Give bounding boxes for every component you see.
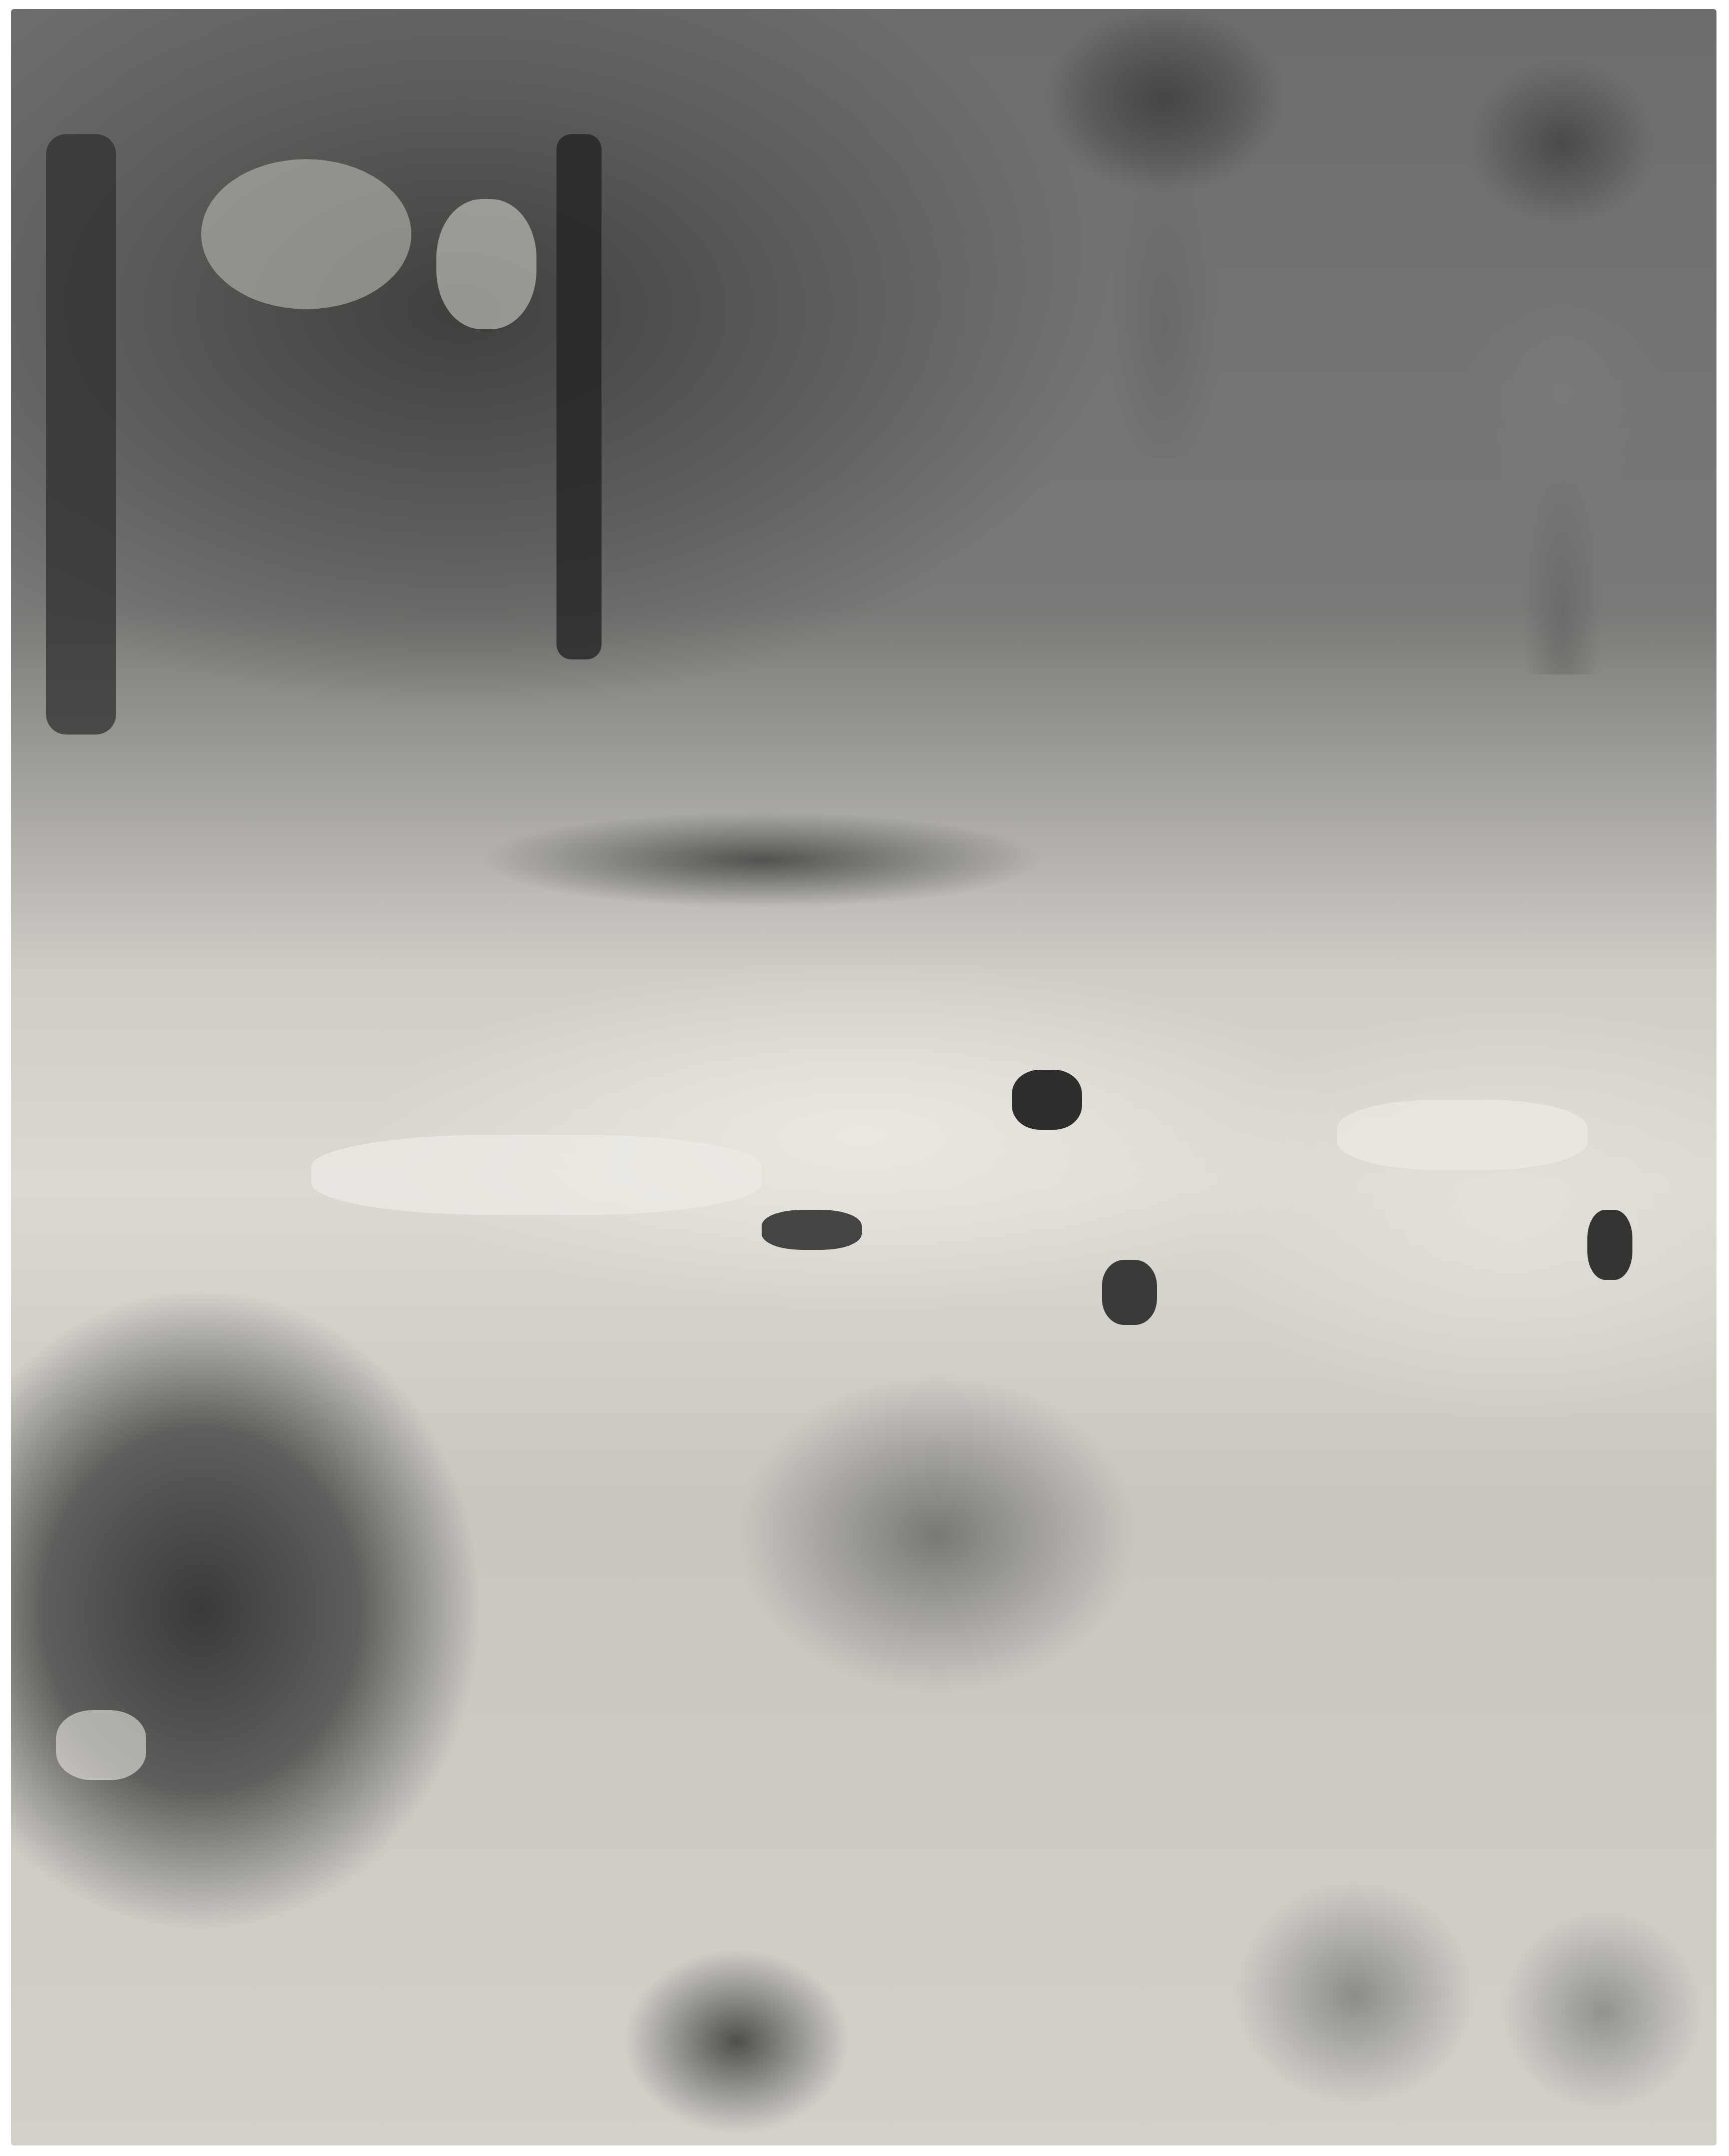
vertical-dark-streak: [46, 134, 116, 735]
ivory-highlight: [311, 1135, 762, 1215]
dark-distressed-lower: [662, 1310, 1212, 1760]
rug-photo: [11, 9, 1716, 2145]
light-patch: [201, 159, 411, 309]
vertical-dark-streak: [556, 134, 602, 659]
damask-motif: [1162, 1810, 1712, 2145]
ivory-highlight: [56, 1710, 146, 1780]
damask-motif: [561, 1885, 912, 2145]
light-patch: [436, 199, 536, 329]
dark-fleck: [762, 1210, 862, 1250]
dark-fleck-row: [361, 785, 1162, 935]
dark-fleck: [1012, 1070, 1082, 1130]
damask-motif: [1002, 9, 1327, 459]
damask-motif: [1412, 49, 1712, 674]
ivory-highlight: [1337, 1100, 1587, 1170]
dark-fleck: [1587, 1210, 1632, 1280]
